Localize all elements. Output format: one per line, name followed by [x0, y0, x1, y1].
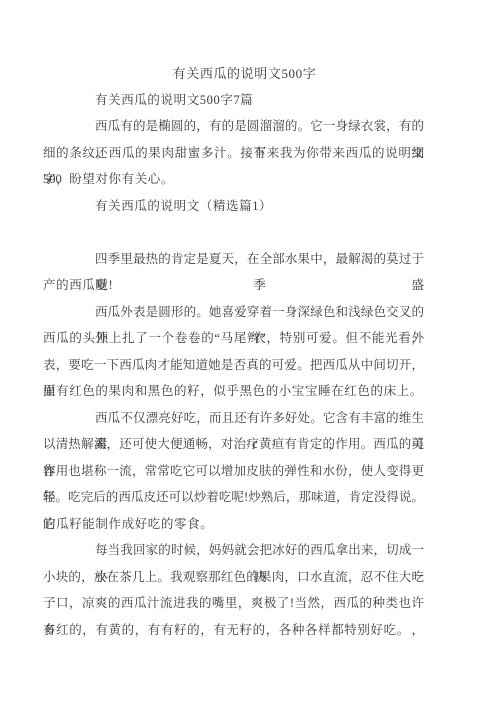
text-line: 作用也堪称一流，常常吃它可以增加皮肤的弹性和水份，使人变得更年 [43, 458, 424, 485]
text-line: 有红的，有黄的，有有籽的，有无籽的，各种各样都特别好吃。 [43, 617, 424, 644]
text-line: 西瓜有的是椭圆的，有的是圆溜溜的。它一身绿衣裳，有的还有细 [43, 113, 424, 140]
text-line: 小块的，放在茶几上。我观察那红色的果肉，口水直流，忍不住大吃了 [43, 564, 424, 591]
text-line: 有关西瓜的说明文500字7篇 [43, 87, 424, 114]
text-line: 西瓜的头顶上扎了一个卷卷的“马尾辫”，特别可爱。但不能光看外 [43, 325, 424, 352]
text-line: 轻。吃完后的西瓜皮还可以炒着吃呢!炒熟后，那味道，肯定没得说。它 [43, 484, 424, 511]
text-line: 面有红色的果肉和黑色的籽，似乎黑色的小宝宝睡在红色的床上。 [43, 378, 424, 405]
text-line: 有关西瓜的说明文（精选篇1） [43, 193, 424, 220]
document-title: 有关西瓜的说明文500字 [43, 60, 424, 87]
text-line: 以清热解渴，还可使大便通畅，对治疗黄疸有肯定的作用。西瓜的美容 [43, 431, 424, 458]
text-line: 字，盼望对你有关心。 [43, 166, 424, 193]
document-page: 有关西瓜的说明文500字 有关西瓜的说明文500字7篇西瓜有的是椭圆的，有的是圆… [0, 0, 500, 707]
text-line: 表，要吃一下西瓜肉才能知道她是否真的可爱。把西瓜从中间切开，里 [43, 352, 424, 379]
text-line: 每当我回家的时候，妈妈就会把冰好的西瓜拿出来，切成一小块一 [43, 537, 424, 564]
text-line: 西瓜外表是圆形的。她喜爱穿着一身深绿色和浅绿色交叉的外衣， [43, 299, 424, 326]
text-line: 西瓜不仅漂亮好吃，而且还有许多好处。它含有丰富的维生素 c，可 [43, 405, 424, 432]
text-line: 细的条纹。西瓜的果肉甜蜜多汁。接下来我为你带来西瓜的说明文500 [43, 140, 424, 167]
text-lines: 有关西瓜的说明文500字7篇西瓜有的是椭圆的，有的是圆溜溜的。它一身绿衣裳，有的… [43, 87, 424, 644]
text-line: 一口，凉爽的西瓜汁流进我的嘴里，爽极了!当然，西瓜的种类也许多， [43, 590, 424, 617]
text-line: 的瓜籽能制作成好吃的零食。 [43, 511, 424, 538]
blank-line [43, 219, 424, 246]
text-line: 四季里最热的肯定是夏天，在全部水果中，最解渴的莫过于夏季盛 [43, 246, 424, 273]
